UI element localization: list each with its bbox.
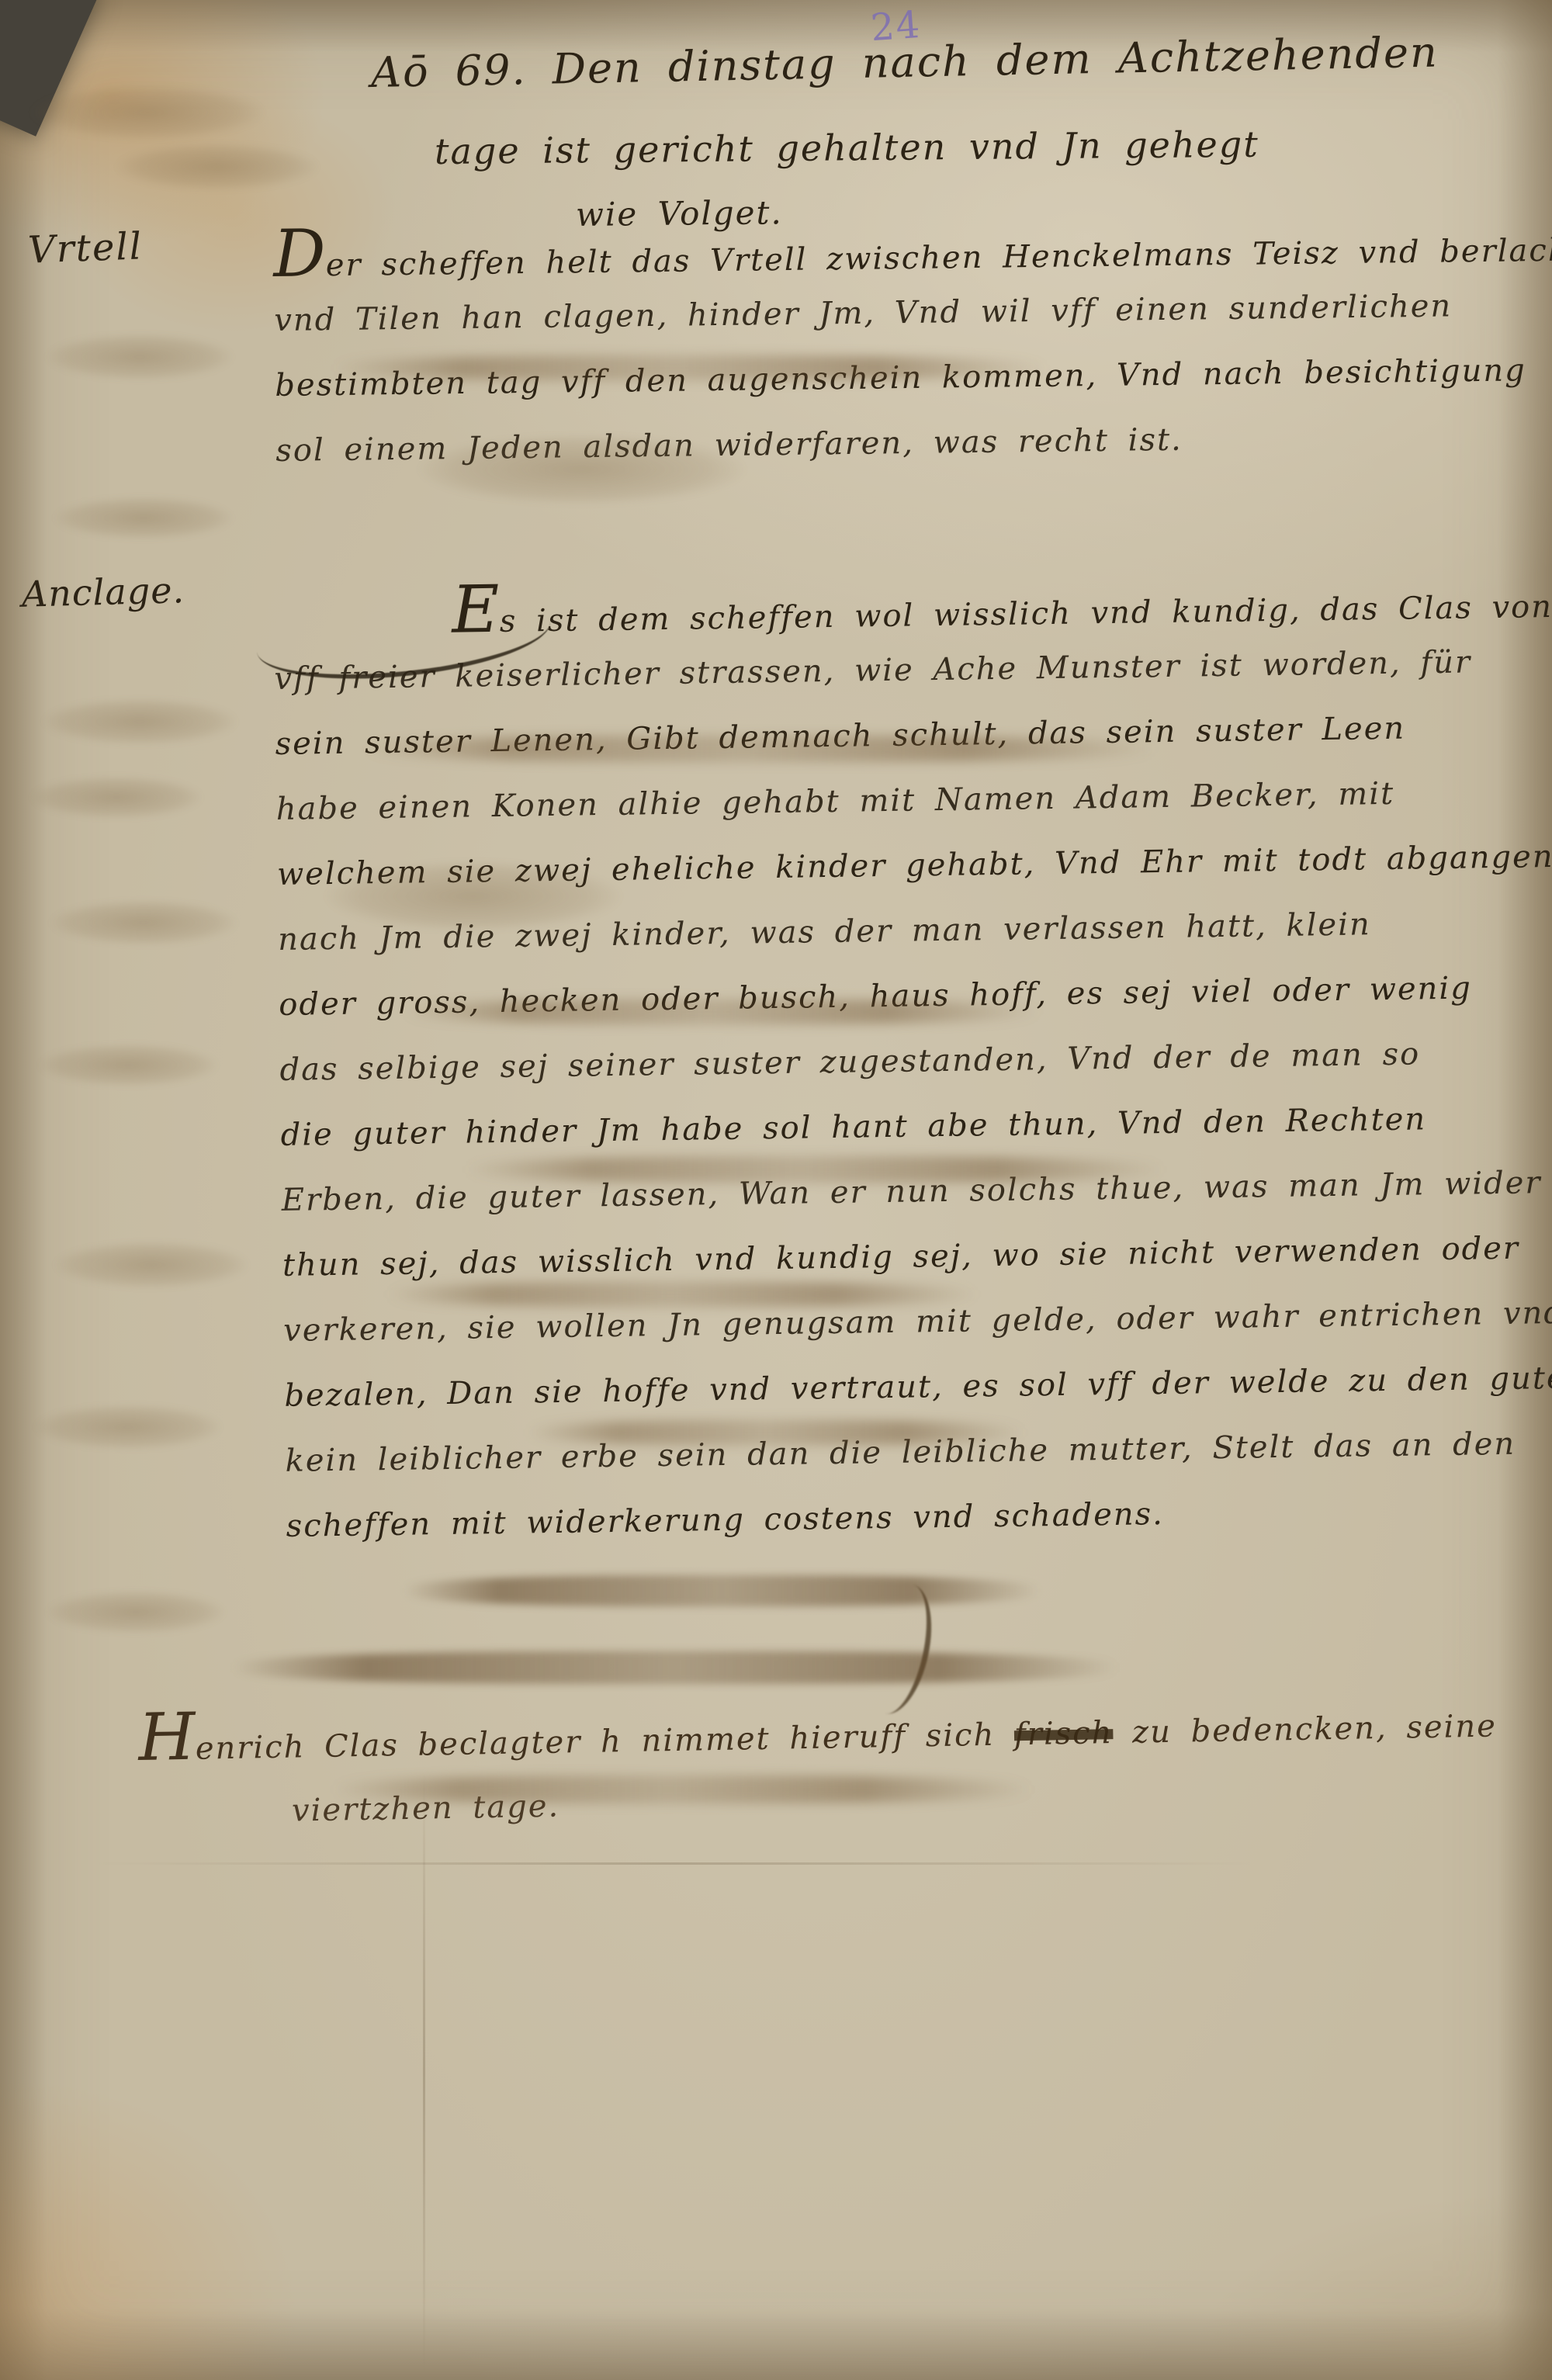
ink-bleed-smudge [39, 1044, 217, 1086]
ink-bleed-smudge [31, 85, 264, 140]
ink-bleed-smudge [43, 698, 237, 745]
ink-bleed-band [404, 1575, 1040, 1606]
ink-bleed-smudge [116, 144, 318, 190]
response-text-pre: Henrich Clas beclagter h nimmet hieruff … [138, 1717, 1014, 1768]
ink-bleed-smudge [54, 1242, 248, 1288]
ink-bleed-smudge [47, 1591, 225, 1633]
urtell-paragraph: Der scheffen helt das Vrtell zwischen He… [273, 222, 1552, 498]
ink-bleed-band [233, 1651, 1117, 1684]
struck-word: frisch [1014, 1715, 1114, 1752]
ink-bleed-smudge [35, 1405, 221, 1450]
ink-bleed-smudge [54, 497, 233, 539]
margin-note-anclage: Anclage. [21, 569, 185, 615]
response-text-post: zu bedencken, seine [1113, 1708, 1497, 1751]
anclage-paragraph: Es ist dem scheffen wol wisslich vnd kun… [273, 575, 1552, 1573]
heading-line-1: Aō 69. Den dinstag nach dem Achtzehenden [370, 28, 1439, 97]
margin-note-urtell: Vrtell [27, 224, 144, 272]
heading-line-3: wie Volget. [576, 193, 783, 234]
ink-bleed-smudge [47, 334, 233, 380]
page-corner-shadow [0, 0, 99, 137]
ink-bleed-smudge [50, 900, 237, 945]
paper-crease [423, 1769, 425, 2375]
pen-stroke-arc [856, 1578, 942, 1720]
response-paragraph: Henrich Clas beclagter h nimmet hieruff … [138, 1697, 1499, 1870]
paper-crease [93, 1862, 1257, 1865]
ink-bleed-smudge [31, 776, 202, 819]
manuscript-page: 24 Aō 69. Den dinstag nach dem Achtzehen… [0, 0, 1552, 2380]
heading-line-2: tage ist gericht gehalten vnd Jn gehegt [435, 123, 1259, 172]
